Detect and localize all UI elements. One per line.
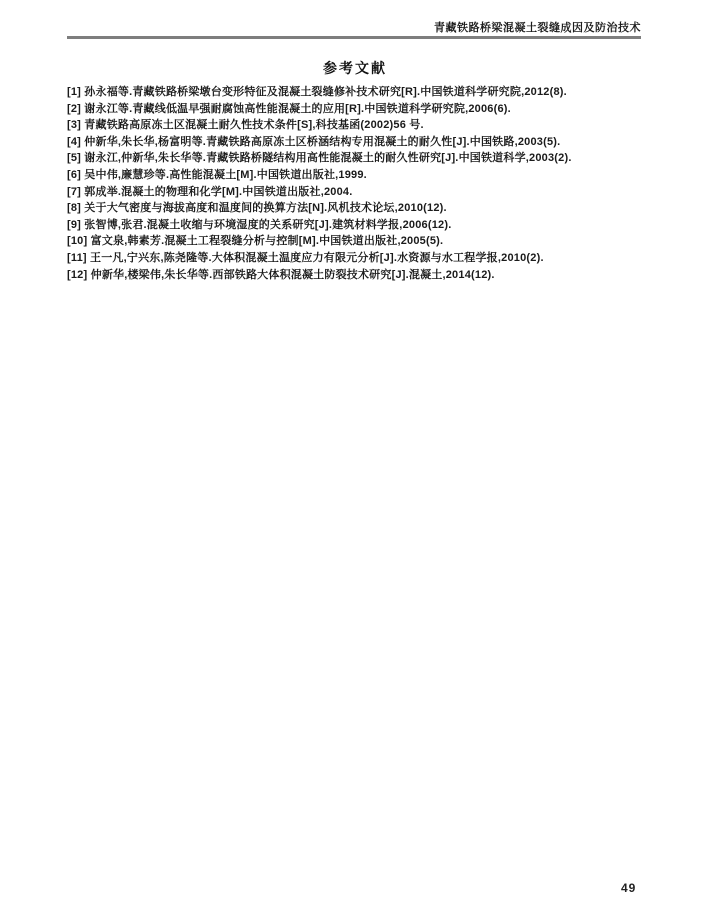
reference-item: [12] 仲新华,楼梁伟,朱长华等.西部铁路大体积混凝土防裂技术研究[J].混凝… bbox=[67, 267, 647, 284]
page-number: 49 bbox=[621, 881, 636, 895]
reference-item: [1] 孙永福等.青藏铁路桥梁墩台变形特征及混凝土裂缝修补技术研究[R].中国铁… bbox=[67, 84, 647, 101]
reference-item: [7] 郭成举.混凝土的物理和化学[M].中国铁道出版社,2004. bbox=[67, 184, 647, 201]
document-page: 青藏铁路桥梁混凝土裂缝成因及防治技术 参考文献 [1] 孙永福等.青藏铁路桥梁墩… bbox=[0, 0, 710, 920]
reference-item: [2] 谢永江等.青藏线低温早强耐腐蚀高性能混凝土的应用[R].中国铁道科学研究… bbox=[67, 101, 647, 118]
reference-item: [6] 吴中伟,廉慧珍等.高性能混凝土[M].中国铁道出版社,1999. bbox=[67, 167, 647, 184]
reference-item: [10] 富文泉,韩素芳.混凝土工程裂缝分析与控制[M].中国铁道出版社,200… bbox=[67, 233, 647, 250]
reference-item: [4] 仲新华,朱长华,杨富明等.青藏铁路高原冻土区桥涵结构专用混凝土的耐久性[… bbox=[67, 134, 647, 151]
reference-item: [9] 张智博,张君.混凝土收缩与环境湿度的关系研究[J].建筑材料学报,200… bbox=[67, 217, 647, 234]
header-divider-rule bbox=[67, 36, 641, 39]
reference-item: [5] 谢永江,仲新华,朱长华等.青藏铁路桥隧结构用高性能混凝土的耐久性研究[J… bbox=[67, 150, 647, 167]
reference-item: [8] 关于大气密度与海拔高度和温度间的换算方法[N].风机技术论坛,2010(… bbox=[67, 200, 647, 217]
reference-list: [1] 孙永福等.青藏铁路桥梁墩台变形特征及混凝土裂缝修补技术研究[R].中国铁… bbox=[67, 84, 647, 283]
reference-item: [3] 青藏铁路高原冻土区混凝土耐久性技术条件[S],科技基函(2002)56 … bbox=[67, 117, 647, 134]
reference-item: [11] 王一凡,宁兴东,陈尧隆等.大体积混凝土温度应力有限元分析[J].水资源… bbox=[67, 250, 647, 267]
page-title: 参考文献 bbox=[0, 58, 710, 78]
running-header: 青藏铁路桥梁混凝土裂缝成因及防治技术 bbox=[434, 19, 641, 35]
